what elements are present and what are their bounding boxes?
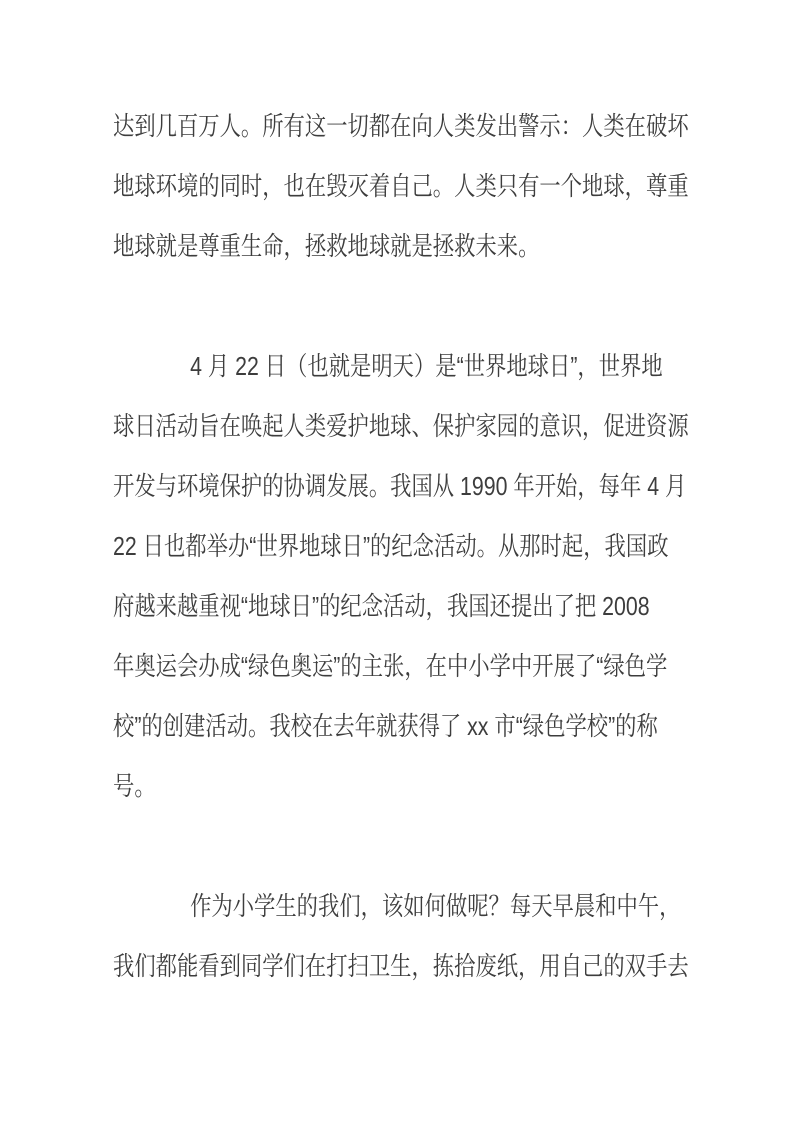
paragraph: 达到几百万人。所有这一切都在向人类发出警示：人类在破坏地球环境的同时，也在毁灭着… xyxy=(113,96,685,276)
text-line: 作为小学生的我们，该如何做呢？每天早晨和中午， xyxy=(113,876,582,936)
paragraph: 4 月 22 日（也就是明天）是“世界地球日”，世界地球日活动旨在唤起人类爱护地… xyxy=(113,336,685,816)
paragraph: 作为小学生的我们，该如何做呢？每天早晨和中午，我们都能看到同学们在打扫卫生，拣拾… xyxy=(113,876,685,996)
text-line: 地球就是尊重生命，拯救地球就是拯救未来。 xyxy=(113,216,582,276)
text-line: 4 月 22 日（也就是明天）是“世界地球日”，世界地 xyxy=(113,336,582,396)
document-page: 达到几百万人。所有这一切都在向人类发出警示：人类在破坏地球环境的同时，也在毁灭着… xyxy=(0,0,793,1122)
text-line: 年奥运会办成“绿色奥运”的主张，在中小学中开展了“绿色学 xyxy=(113,636,582,696)
text-line: 球日活动旨在唤起人类爱护地球、保护家园的意识，促进资源 xyxy=(113,396,582,456)
text-line: 府越来越重视“地球日”的纪念活动，我国还提出了把 2008 xyxy=(113,576,582,636)
text-line: 地球环境的同时，也在毁灭着自己。人类只有一个地球，尊重 xyxy=(113,156,582,216)
text-line: 号。 xyxy=(113,756,582,816)
document-body: 达到几百万人。所有这一切都在向人类发出警示：人类在破坏地球环境的同时，也在毁灭着… xyxy=(113,96,685,996)
text-line: 我们都能看到同学们在打扫卫生，拣拾废纸，用自己的双手去 xyxy=(113,936,582,996)
text-line: 22 日也都举办“世界地球日”的纪念活动。从那时起，我国政 xyxy=(113,516,582,576)
text-line: 校”的创建活动。我校在去年就获得了 xx 市“绿色学校”的称 xyxy=(113,696,582,756)
text-line: 开发与环境保护的协调发展。我国从 1990 年开始，每年 4 月 xyxy=(113,456,582,516)
text-line: 达到几百万人。所有这一切都在向人类发出警示：人类在破坏 xyxy=(113,96,582,156)
